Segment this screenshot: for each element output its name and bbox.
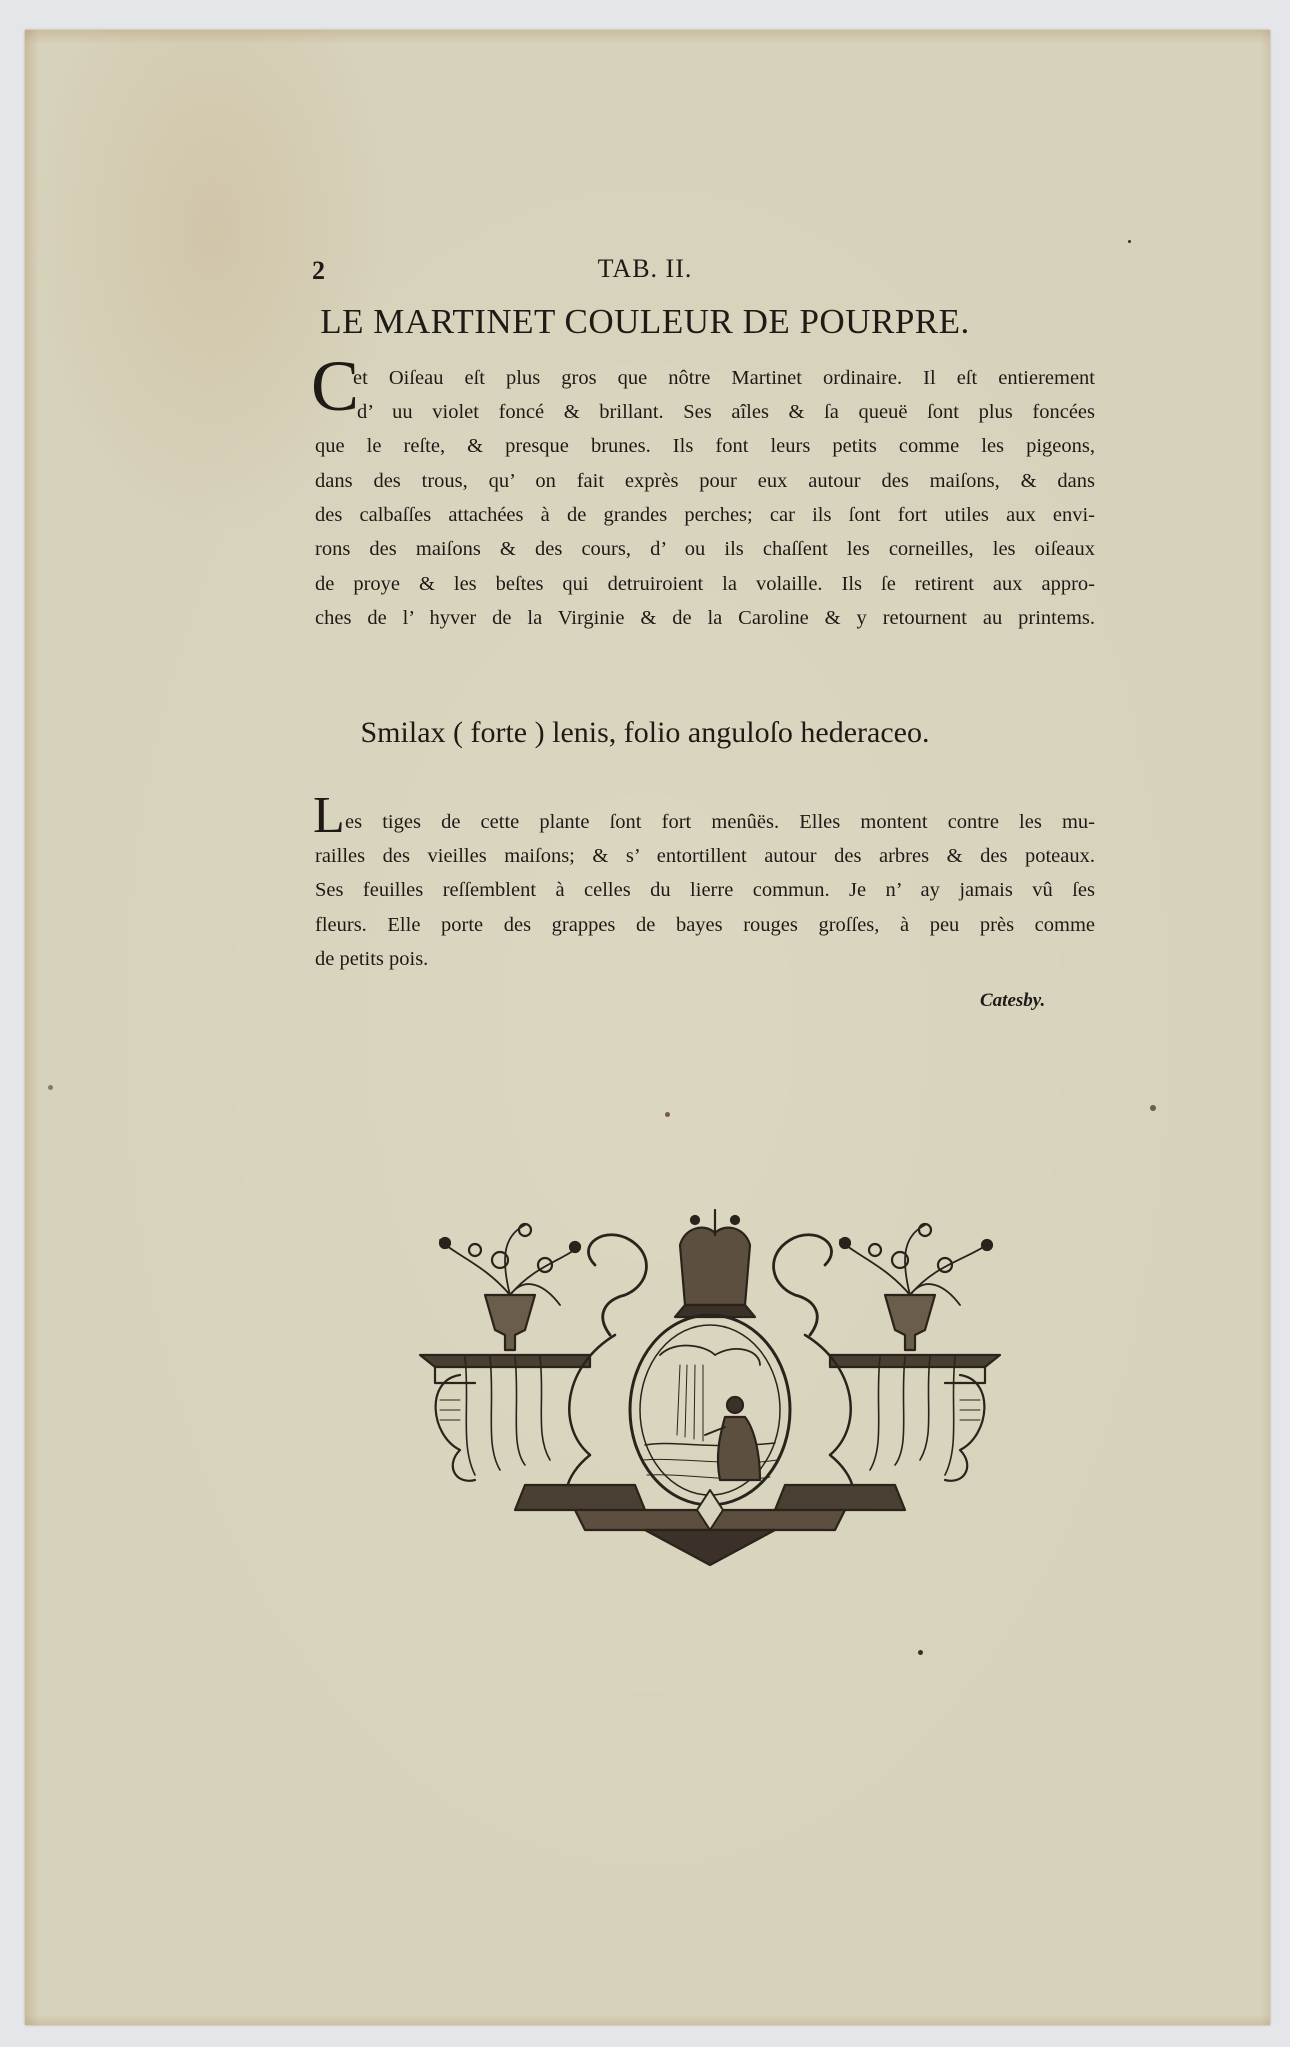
woodcut-ornament-icon: [415, 1205, 1005, 1570]
text-line: railles des vieilles maiſons; & s’ entor…: [315, 839, 1095, 873]
text-line: et Oiſeau eſt plus gros que nôtre Martin…: [353, 361, 1095, 395]
text-line: de proye & les beſtes qui detruiroient l…: [315, 567, 1095, 601]
text-line: ches de l’ hyver de la Virginie & de la …: [315, 601, 1095, 635]
paper-speck: [1150, 1105, 1156, 1111]
paper-speck: [1128, 240, 1131, 243]
drop-cap-c: C: [311, 350, 359, 422]
page-title: LE MARTINET COULEUR DE POURPRE.: [0, 302, 1290, 342]
author-signature: Catesby.: [980, 990, 1045, 1012]
text-line: fleurs. Elle porte des grappes de bayes …: [315, 908, 1095, 942]
text-line: de petits pois.: [315, 942, 1095, 976]
text-line: Ses feuilles reſſemblent à celles du lie…: [315, 873, 1095, 907]
drop-cap-l: L: [313, 790, 345, 842]
plate-label: TAB. II.: [0, 254, 1290, 284]
text-line: des calbaſſes attachées à de grandes per…: [315, 498, 1095, 532]
text-line: que le reſte, & presque brunes. Ils font…: [315, 429, 1095, 463]
text-line: dans des trous, qu’ on fait exprès pour …: [315, 464, 1095, 498]
text-line: d’ uu violet foncé & brillant. Ses aîles…: [357, 395, 1095, 429]
text-line: rons des maiſons & des cours, d’ ou ils …: [315, 532, 1095, 566]
plant-title: Smilax ( forte ) lenis, folio anguloſo h…: [0, 716, 1290, 750]
paper-speck: [918, 1650, 923, 1655]
text-line: es tiges de cette plante ſont fort menûë…: [345, 805, 1095, 839]
paper-speck: [48, 1085, 53, 1090]
paper-speck: [665, 1112, 670, 1117]
